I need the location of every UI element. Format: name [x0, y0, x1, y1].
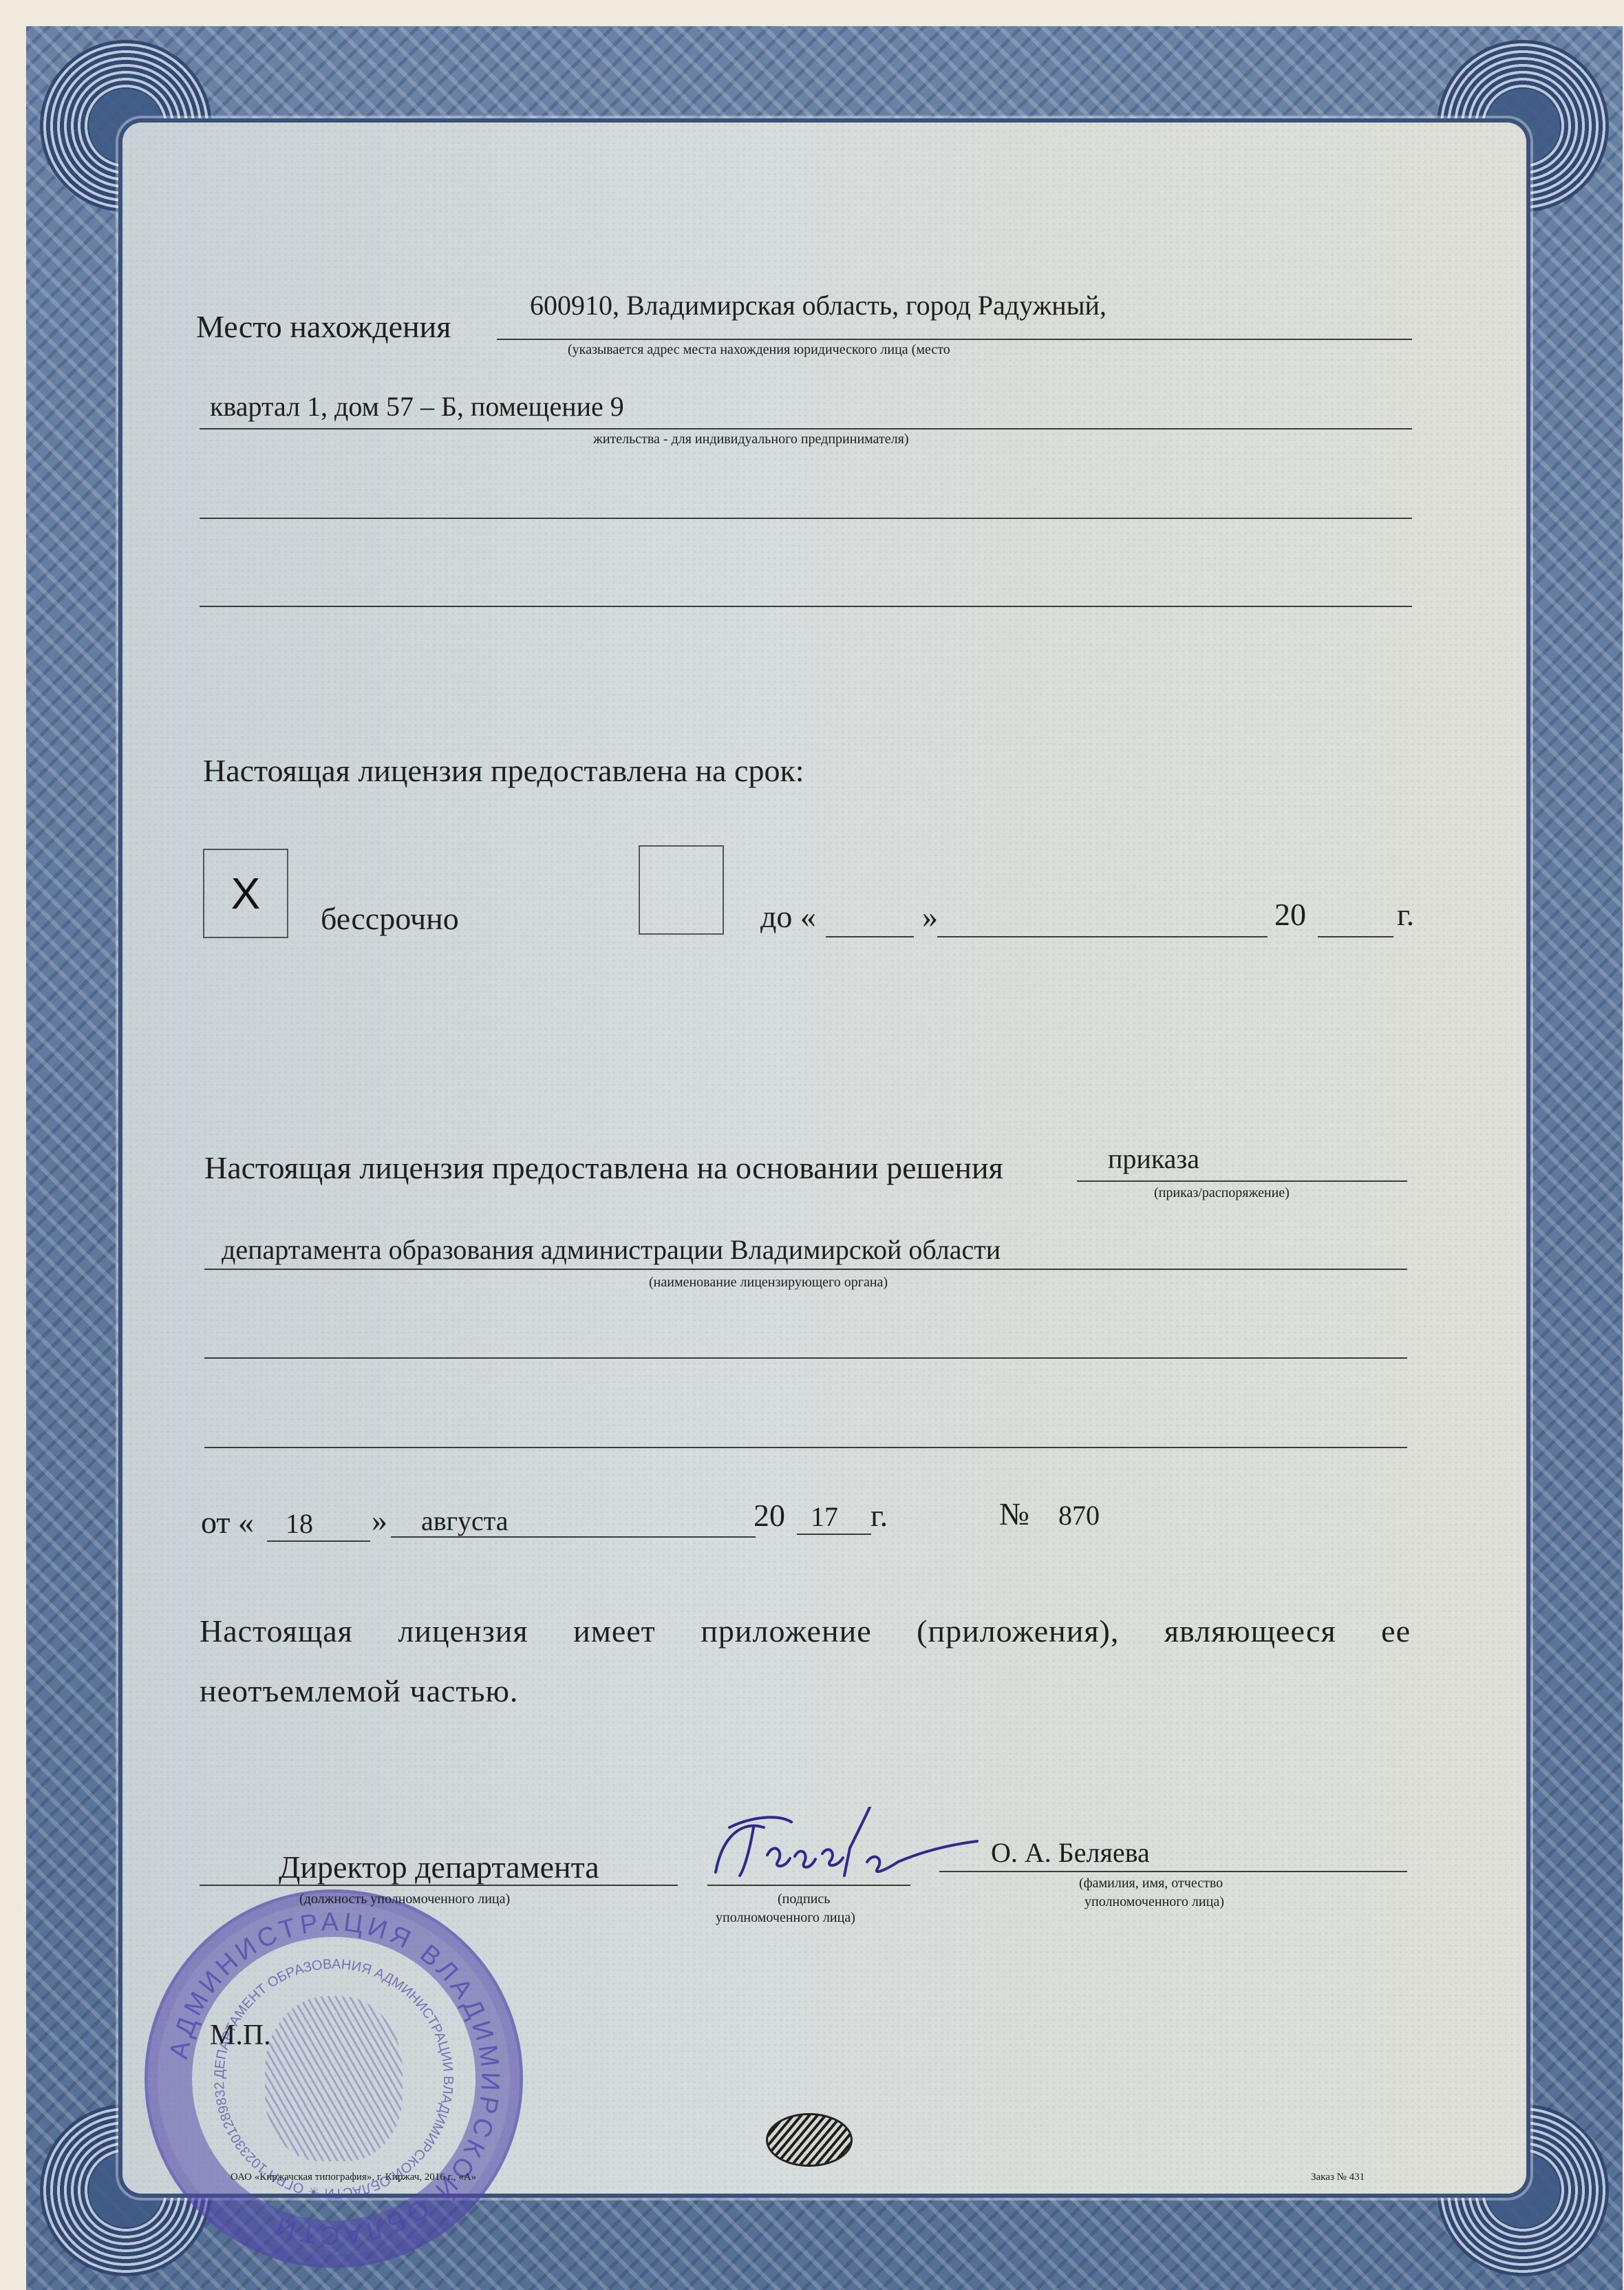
address-label: Место нахождения: [196, 308, 451, 345]
basis-decision-hint: (приказ/распоряжение): [1154, 1185, 1290, 1201]
basis-date-close-quote: »: [372, 1502, 387, 1538]
term-until-day-field[interactable]: [826, 936, 914, 937]
signatory-name-hint-2: уполномоченного лица): [1085, 1894, 1224, 1910]
signatory-name-hint-1: (фамилия, имя, отчество: [1079, 1876, 1223, 1891]
signature-underline: [707, 1885, 910, 1886]
term-until-checkbox[interactable]: [639, 845, 724, 935]
basis-authority-hint: (наименование лицензирующего органа): [649, 1275, 888, 1291]
term-unlimited-label: бессрочно: [321, 900, 459, 937]
address-hint-2: жительства - для индивидуального предпри…: [593, 432, 908, 447]
appendix-note-line-2: неотъемлемой частью.: [200, 1673, 518, 1709]
basis-authority: департамента образования администрации В…: [222, 1233, 1001, 1266]
basis-authority-underline: [204, 1269, 1407, 1270]
appendix-note-line-1: Настоящая лицензия имеет приложение (при…: [200, 1613, 1411, 1649]
seal-ring-text: АДМИНИСТРАЦИЯ ВЛАДИМИРСКОЙ ОБЛАСТИ ДЕПАР…: [148, 1893, 520, 2265]
address-underline-1: [497, 339, 1412, 340]
address-underline-2: [200, 428, 1412, 430]
official-seal: АДМИНИСТРАЦИЯ ВЛАДИМИРСКОЙ ОБЛАСТИ ДЕПАР…: [145, 1889, 523, 2268]
signatory-position: Директор департамента: [279, 1849, 599, 1885]
basis-underline-4: [204, 1447, 1407, 1448]
term-until-month-field[interactable]: [937, 936, 1268, 937]
signature-hint-1: (подпись: [778, 1891, 830, 1907]
svg-text:ДЕПАРТАМЕНТ ОБРАЗОВАНИЯ АДМИНИ: ДЕПАРТАМЕНТ ОБРАЗОВАНИЯ АДМИНИСТРАЦИИ ВЛ…: [212, 1957, 456, 2201]
signatory-name: О. А. Беляева: [991, 1836, 1150, 1869]
basis-decision-underline: [1077, 1180, 1407, 1182]
basis-date-prefix: от «: [201, 1504, 254, 1540]
term-until-year-field[interactable]: [1318, 936, 1393, 937]
seal-placeholder-label: М.П.: [210, 2019, 271, 2052]
term-unlimited-checkbox[interactable]: X: [203, 849, 288, 938]
basis-heading: Настоящая лицензия предоставлена на осно…: [204, 1149, 1003, 1186]
address-line-2: квартал 1, дом 57 – Б, помещение 9: [210, 390, 624, 423]
signature-hint-2: уполномоченного лица): [716, 1910, 855, 1926]
term-until-close-quote: »: [922, 898, 938, 935]
basis-year-suffix: 17: [811, 1501, 838, 1533]
order-number: Заказ № 431: [1311, 2172, 1365, 2183]
basis-number-sign: №: [999, 1496, 1029, 1532]
term-until-year-prefix: 20: [1274, 896, 1306, 933]
basis-year-unit: г.: [870, 1497, 888, 1534]
basis-number: 870: [1058, 1499, 1100, 1531]
handwritten-signature: [702, 1807, 991, 1889]
term-until-year-unit: г.: [1397, 896, 1414, 933]
basis-decision-type: приказа: [1108, 1143, 1199, 1175]
printer-imprint: ОАО «Киржачская типография», г. Киржач, …: [231, 2172, 476, 2183]
address-hint-1: (указывается адрес места нахождения юрид…: [568, 342, 950, 358]
basis-month-underline: [391, 1536, 756, 1538]
signatory-name-underline: [939, 1871, 1407, 1872]
address-underline-4: [200, 606, 1412, 607]
signatory-position-hint: (должность уполномоченного лица): [299, 1891, 510, 1907]
basis-month: августа: [421, 1505, 509, 1537]
basis-day: 18: [286, 1507, 313, 1540]
basis-year-prefix: 20: [754, 1497, 785, 1534]
term-heading: Настоящая лицензия предоставлена на срок…: [203, 752, 804, 789]
security-hologram-icon: [766, 2113, 853, 2167]
address-underline-3: [200, 518, 1412, 519]
basis-day-underline: [267, 1540, 370, 1542]
signatory-position-underline: [200, 1885, 678, 1886]
basis-underline-3: [204, 1357, 1407, 1359]
basis-year-underline: [797, 1534, 871, 1535]
address-line-1: 600910, Владимирская область, город Раду…: [530, 289, 1107, 321]
term-until-label: до «: [760, 898, 816, 935]
